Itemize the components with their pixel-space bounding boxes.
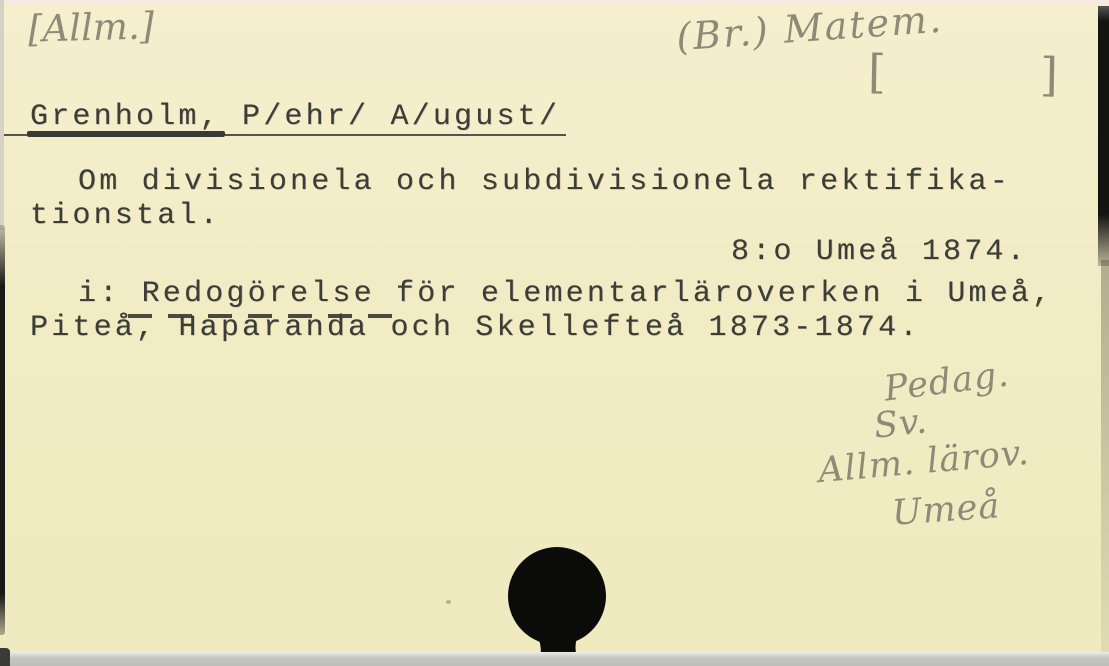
scan-edge-right-shadow — [1101, 260, 1109, 655]
scan-edge-bottom — [0, 652, 1109, 666]
scan-edge-bottom-corner — [0, 648, 10, 666]
scan-edge-left-shadow — [0, 225, 5, 635]
scan-edge-left — [0, 0, 4, 230]
keyhole-punch — [0, 0, 1109, 666]
scan-edge-right — [1098, 6, 1109, 266]
scan-edge-top — [0, 0, 1109, 4]
